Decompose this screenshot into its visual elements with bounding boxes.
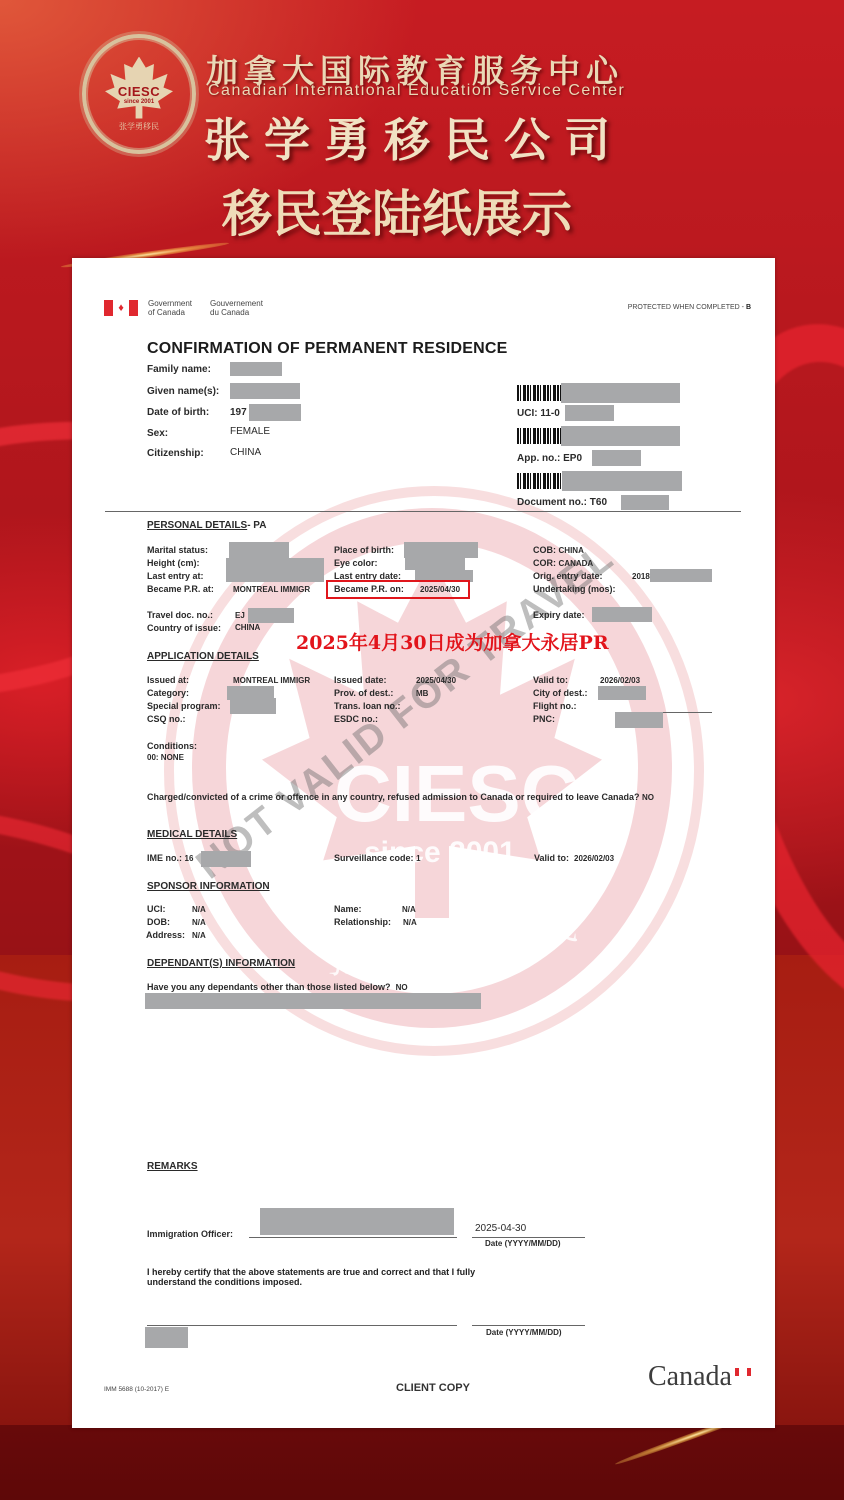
surveillance-code: Surveillance code: 1 [334, 853, 421, 863]
pnc-label: PNC: [533, 714, 555, 724]
applicant-date-line [472, 1325, 585, 1326]
document-no-label: Document no.: T60 [517, 497, 607, 508]
canada-flag-icon: ♦ [104, 300, 138, 316]
divider [105, 511, 741, 512]
orig-entry-date-label: Orig. entry date: [533, 571, 603, 581]
travel-doc-label: Travel doc. no.: [147, 610, 213, 620]
redacted-barcode [562, 471, 682, 491]
family-name-label: Family name: [147, 364, 211, 375]
ciesc-logo: CIESC since 2001 张学勇移民 [82, 34, 196, 154]
redacted-orig-entry-date [650, 569, 712, 582]
country-of-issue-value: CHINA [235, 623, 260, 632]
issued-date-label: Issued date: [334, 675, 387, 685]
issued-at-label: Issued at: [147, 675, 189, 685]
barcode-app [517, 428, 561, 444]
remarks-heading: REMARKS [147, 1161, 198, 1172]
became-pr-at-label: Became P.R. at: [147, 584, 214, 594]
client-copy-label: CLIENT COPY [396, 1382, 470, 1394]
prov-dest-value: MB [416, 689, 428, 698]
became-pr-at-value: MONTREAL IMMIGR [233, 585, 310, 594]
marital-status-label: Marital status: [147, 545, 208, 555]
redacted-barcode [561, 383, 680, 403]
logo-chinese-name: 张学勇移民 [119, 121, 159, 132]
redacted-dob [249, 404, 301, 421]
application-details-heading: APPLICATION DETAILS [147, 651, 259, 662]
redacted-height-entry [226, 558, 324, 582]
redacted-barcode [561, 426, 680, 446]
redacted-officer-name [260, 1208, 454, 1235]
redacted-ime [201, 851, 251, 867]
redacted-uci [565, 405, 614, 421]
protected-label: PROTECTED WHEN COMPLETED - B [628, 304, 751, 311]
gov-name-en: Governmentof Canada [148, 299, 192, 317]
canada-wordmark-flag-icon [735, 1368, 751, 1376]
sponsor-information-heading: SPONSOR INFORMATION [147, 881, 270, 892]
redacted-given-names [230, 383, 300, 399]
officer-date-caption: Date (YYYY/MM/DD) [485, 1239, 561, 1248]
medical-valid-to: Valid to: 2026/02/03 [534, 853, 614, 863]
sponsor-address-label: Address: [146, 930, 185, 940]
officer-date-line [472, 1237, 585, 1238]
conditions-value: 00: NONE [147, 753, 184, 762]
gov-name-fr: Gouvernementdu Canada [210, 299, 263, 317]
document-title: CONFIRMATION OF PERMANENT RESIDENCE [147, 340, 507, 358]
citizenship-label: Citizenship: [147, 448, 204, 459]
sponsor-uci-label: UCI: [147, 904, 166, 914]
redacted-document-no [621, 495, 669, 510]
org-name-english: Canadian International Education Service… [208, 82, 625, 100]
last-entry-at-label: Last entry at: [147, 571, 204, 581]
redacted-pnc [615, 712, 663, 728]
ime-label: IME no.: 16 [147, 853, 193, 863]
sponsor-address-value: N/A [192, 931, 206, 940]
confirmation-document: CIESC since 2001 张学勇移民 NOT VALID FOR TRA… [72, 258, 775, 1428]
officer-date-value: 2025-04-30 [475, 1223, 526, 1234]
company-name: 张学勇移民公司 [204, 104, 624, 170]
sponsor-dob-value: N/A [192, 918, 206, 927]
issued-at-value: MONTREAL IMMIGR [233, 676, 310, 685]
maple-leaf-icon: CIESC since 2001 [105, 57, 173, 119]
logo-since: since 2001 [124, 99, 154, 105]
valid-to-label: Valid to: [533, 675, 568, 685]
place-of-birth-label: Place of birth: [334, 545, 394, 555]
given-names-label: Given name(s): [147, 386, 219, 397]
redacted-marital-status [229, 542, 289, 559]
canada-wordmark: Canada [648, 1361, 732, 1393]
dependants-heading: DEPENDANT(S) INFORMATION [147, 958, 295, 969]
app-no-label: App. no.: EP0 [517, 453, 582, 464]
flight-no-label: Flight no.: [533, 701, 576, 711]
cob-label: COB: CHINA [533, 545, 584, 555]
category-label: Category: [147, 688, 189, 698]
issued-date-value: 2025/04/30 [416, 676, 456, 685]
highlight-became-pr-on [326, 580, 470, 599]
city-dest-label: City of dest.: [533, 688, 588, 698]
redacted-eye-color [405, 556, 465, 570]
sponsor-dob-label: DOB: [147, 917, 170, 927]
redacted-family-name [230, 362, 282, 376]
uci-label: UCI: 11-0 [517, 408, 560, 419]
travel-doc-value: EJ [235, 611, 245, 620]
officer-label: Immigration Officer: [147, 1229, 233, 1239]
dependants-question: Have you any dependants other than those… [147, 982, 408, 992]
prov-dest-label: Prov. of dest.: [334, 688, 393, 698]
sex-label: Sex: [147, 428, 168, 439]
redacted-app-no [592, 450, 641, 466]
citizenship-value: CHINA [230, 447, 261, 458]
form-number: IMM 5688 (10-2017) E [104, 1386, 169, 1393]
sponsor-uci-value: N/A [192, 905, 206, 914]
esdc-label: ESDC no.: [334, 714, 378, 724]
officer-signature-line [249, 1237, 457, 1238]
criminality-question: Charged/convicted of a crime or offence … [147, 792, 654, 802]
redacted-expiry-date [592, 607, 652, 622]
valid-to-value: 2026/02/03 [600, 676, 640, 685]
banner-header: CIESC since 2001 张学勇移民 加拿大国际教育服务中心 Canad… [0, 0, 844, 258]
redacted-special-program [230, 698, 276, 714]
redacted-city-dest [598, 686, 646, 700]
sponsor-relationship-value: N/A [403, 918, 417, 927]
redacted-applicant-signature [145, 1327, 188, 1348]
redacted-travel-doc [248, 608, 294, 623]
expiry-date-label: Expiry date: [533, 610, 585, 620]
applicant-signature-line [147, 1325, 457, 1326]
eye-color-label: Eye color: [334, 558, 378, 568]
certification-statement: I hereby certify that the above statemen… [147, 1267, 475, 1287]
trans-loan-label: Trans. loan no.: [334, 701, 401, 711]
applicant-date-caption: Date (YYYY/MM/DD) [486, 1328, 562, 1337]
dob-value: 197 [230, 407, 247, 418]
special-program-label: Special program: [147, 701, 221, 711]
sponsor-name-label: Name: [334, 904, 362, 914]
cor-label: COR: CANADA [533, 558, 593, 568]
csq-label: CSQ no.: [147, 714, 186, 724]
barcode-document [517, 473, 561, 489]
logo-abbreviation: CIESC [118, 84, 160, 99]
sponsor-relationship-label: Relationship: [334, 917, 391, 927]
sponsor-name-value: N/A [402, 905, 416, 914]
dob-label: Date of birth: [147, 407, 209, 418]
orig-entry-date-value: 2018 [632, 572, 650, 581]
pr-date-annotation: 2025年4月30日成为加拿大永居PR [296, 628, 609, 655]
personal-details-heading: PERSONAL DETAILS - PA [147, 520, 266, 531]
undertaking-label: Undertaking (mos): [533, 584, 616, 594]
country-of-issue-label: Country of issue: [147, 623, 221, 633]
height-label: Height (cm): [147, 558, 200, 568]
page-title: 移民登陆纸展示 [222, 174, 572, 246]
barcode-uci [517, 385, 561, 401]
redacted-dependants-list [145, 993, 481, 1009]
conditions-label: Conditions: [147, 741, 197, 751]
medical-details-heading: MEDICAL DETAILS [147, 829, 237, 840]
sex-value: FEMALE [230, 426, 270, 437]
